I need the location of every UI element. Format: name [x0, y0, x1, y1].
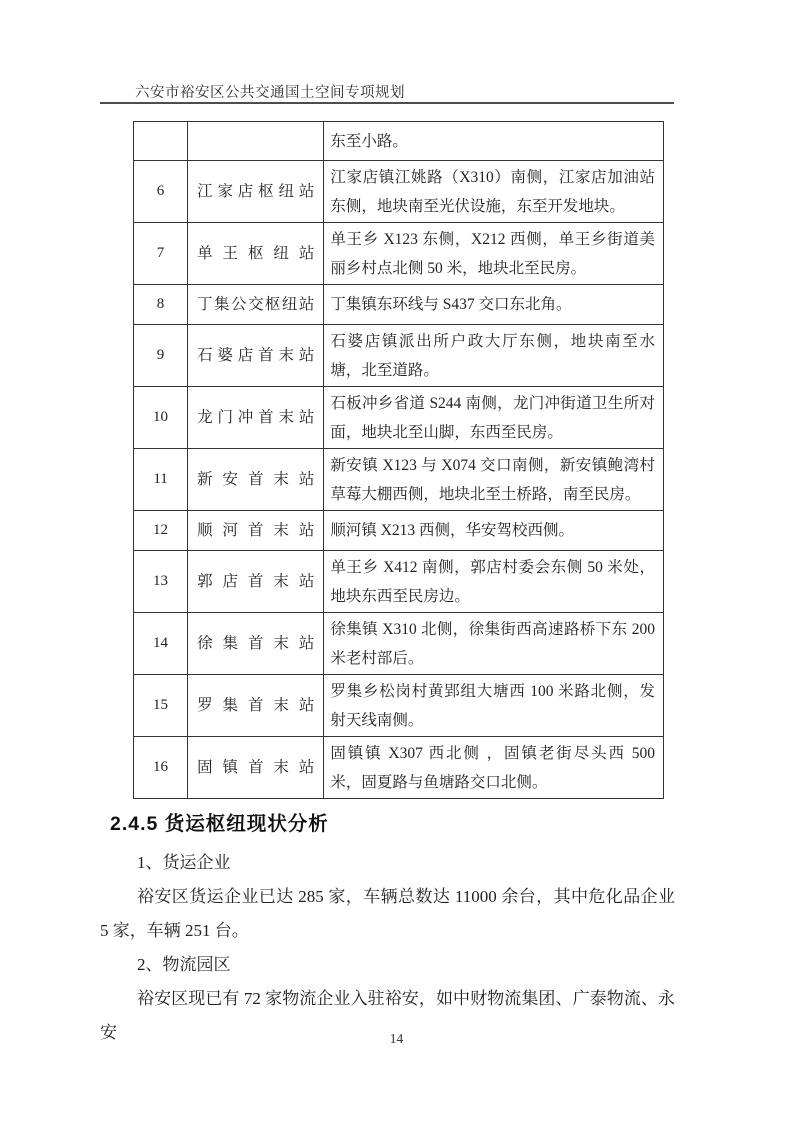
header-rule — [100, 102, 674, 104]
document-page: 六安市裕安区公共交通国土空间专项规划 东至小路。 6 江家店枢纽站 江家店镇江姚… — [0, 0, 793, 1122]
row-number-cell — [134, 122, 188, 161]
station-location-cell: 新安镇 X123 与 X074 交口南侧，新安镇鲍湾村草莓大棚西侧，地块北至土桥… — [324, 449, 664, 511]
station-name-cell: 郭店首末站 — [188, 551, 324, 613]
table-row: 11 新安首末站 新安镇 X123 与 X074 交口南侧，新安镇鲍湾村草莓大棚… — [134, 449, 664, 511]
row-number-cell: 14 — [134, 613, 188, 675]
table-row: 13 郭店首末站 单王乡 X412 南侧，郭店村委会东侧 50 米处，地块东西至… — [134, 551, 664, 613]
paragraph-freight-enterprises-label: 1、货运企业 — [100, 846, 675, 880]
table-row: 9 石婆店首末站 石婆店镇派出所户政大厅东侧，地块南至水塘，北至道路。 — [134, 325, 664, 387]
header-title: 六安市裕安区公共交通国土空间专项规划 — [135, 81, 405, 102]
station-name-cell: 石婆店首末站 — [188, 325, 324, 387]
station-location-cell: 江家店镇江姚路（X310）南侧，江家店加油站东侧，地块南至光伏设施，东至开发地块… — [324, 161, 664, 223]
station-name-cell: 新安首末站 — [188, 449, 324, 511]
station-name-cell: 龙门冲首末站 — [188, 387, 324, 449]
station-location-cell: 石板冲乡省道 S244 南侧，龙门冲街道卫生所对面，地块北至山脚，东西至民房。 — [324, 387, 664, 449]
table-row: 16 固镇首末站 固镇镇 X307 西北侧 ，固镇老街尽头西 500 米，固夏路… — [134, 737, 664, 799]
paragraph-logistics-parks-label: 2、物流园区 — [100, 948, 675, 982]
table-row: 7 单王枢纽站 单王乡 X123 东侧，X212 西侧，单王乡街道美丽乡村点北侧… — [134, 223, 664, 285]
row-number-cell: 8 — [134, 285, 188, 325]
table-row: 12 顺河首末站 顺河镇 X213 西侧，华安驾校西侧。 — [134, 511, 664, 551]
station-location-cell: 丁集镇东环线与 S437 交口东北角。 — [324, 285, 664, 325]
page-number: 14 — [390, 1031, 404, 1046]
station-location-cell: 顺河镇 X213 西侧，华安驾校西侧。 — [324, 511, 664, 551]
station-name-cell: 固镇首末站 — [188, 737, 324, 799]
station-name-cell: 单王枢纽站 — [188, 223, 324, 285]
table-row: 6 江家店枢纽站 江家店镇江姚路（X310）南侧，江家店加油站东侧，地块南至光伏… — [134, 161, 664, 223]
station-name-cell: 罗集首末站 — [188, 675, 324, 737]
table-row: 东至小路。 — [134, 122, 664, 161]
table-row: 15 罗集首末站 罗集乡松岗村黄郢组大塘西 100 米路北侧，发射天线南侧。 — [134, 675, 664, 737]
table-row: 10 龙门冲首末站 石板冲乡省道 S244 南侧，龙门冲街道卫生所对面，地块北至… — [134, 387, 664, 449]
station-location-cell: 东至小路。 — [324, 122, 664, 161]
section-freight-hub-analysis: 2.4.5 货运枢纽现状分析 1、货运企业 裕安区货运企业已达 285 家，车辆… — [100, 810, 675, 1050]
station-location-cell: 固镇镇 X307 西北侧 ，固镇老街尽头西 500 米，固夏路与鱼塘路交口北侧。 — [324, 737, 664, 799]
bus-hub-station-table: 东至小路。 6 江家店枢纽站 江家店镇江姚路（X310）南侧，江家店加油站东侧，… — [133, 121, 664, 799]
row-number-cell: 15 — [134, 675, 188, 737]
table-row: 14 徐集首末站 徐集镇 X310 北侧，徐集街西高速路桥下东 200 米老村部… — [134, 613, 664, 675]
paragraph-freight-enterprises-stats: 裕安区货运企业已达 285 家，车辆总数达 11000 余台，其中危化品企业 5… — [100, 880, 675, 948]
row-number-cell: 10 — [134, 387, 188, 449]
row-number-cell: 11 — [134, 449, 188, 511]
station-name-cell: 江家店枢纽站 — [188, 161, 324, 223]
station-location-cell: 徐集镇 X310 北侧，徐集街西高速路桥下东 200 米老村部后。 — [324, 613, 664, 675]
row-number-cell: 12 — [134, 511, 188, 551]
station-location-cell: 石婆店镇派出所户政大厅东侧，地块南至水塘，北至道路。 — [324, 325, 664, 387]
station-location-cell: 罗集乡松岗村黄郢组大塘西 100 米路北侧，发射天线南侧。 — [324, 675, 664, 737]
station-location-cell: 单王乡 X412 南侧，郭店村委会东侧 50 米处，地块东西至民房边。 — [324, 551, 664, 613]
station-name-cell: 丁集公交枢纽站 — [188, 285, 324, 325]
row-number-cell: 6 — [134, 161, 188, 223]
station-location-cell: 单王乡 X123 东侧，X212 西侧，单王乡街道美丽乡村点北侧 50 米，地块… — [324, 223, 664, 285]
station-name-cell — [188, 122, 324, 161]
table-body: 东至小路。 6 江家店枢纽站 江家店镇江姚路（X310）南侧，江家店加油站东侧，… — [134, 122, 664, 799]
row-number-cell: 9 — [134, 325, 188, 387]
row-number-cell: 16 — [134, 737, 188, 799]
station-name-cell: 徐集首末站 — [188, 613, 324, 675]
page-footer: 14 — [0, 1030, 793, 1048]
row-number-cell: 7 — [134, 223, 188, 285]
section-heading: 2.4.5 货运枢纽现状分析 — [110, 810, 675, 838]
station-name-cell: 顺河首末站 — [188, 511, 324, 551]
table-row: 8 丁集公交枢纽站 丁集镇东环线与 S437 交口东北角。 — [134, 285, 664, 325]
row-number-cell: 13 — [134, 551, 188, 613]
